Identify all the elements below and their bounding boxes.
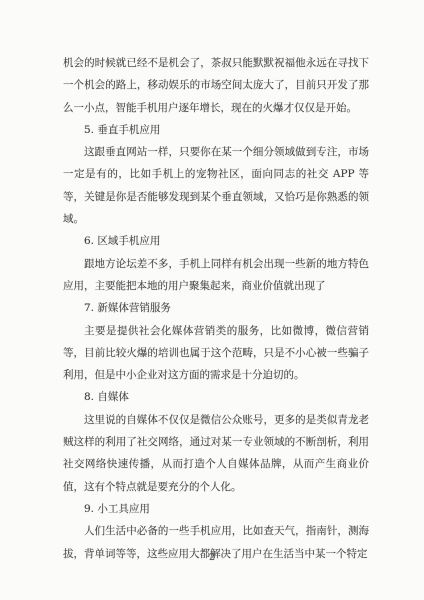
section-heading-8-self-media: 8. 自媒体 — [63, 386, 369, 408]
document-page: 机会的时候就已经不是机会了，茶叔只能默默祝福他永远在寻找下一个机会的路上，移动娱… — [0, 0, 424, 600]
paragraph-intro-continuation: 机会的时候就已经不是机会了，茶叔只能默默祝福他永远在寻找下一个机会的路上，移动娱… — [63, 52, 369, 119]
paragraph-new-media-marketing: 主要是提供社会化媒体营销类的服务，比如微博，微信营销等，目前比较火爆的培训也属于… — [63, 320, 369, 387]
section-heading-9-utility-apps: 9. 小工具应用 — [63, 498, 369, 520]
section-heading-7-new-media-marketing: 7. 新媒体营销服务 — [63, 297, 369, 319]
page-number: 2 — [0, 548, 424, 568]
document-text-block: 机会的时候就已经不是机会了，茶叔只能默默祝福他永远在寻找下一个机会的路上，移动娱… — [0, 0, 424, 565]
section-heading-5-vertical-apps: 5. 垂直手机应用 — [63, 119, 369, 141]
paragraph-vertical-apps: 这跟垂直网站一样，只要你在某一个细分领域做到专注，市场一定是有的，比如手机上的宠… — [63, 141, 369, 230]
paragraph-self-media: 这里说的自媒体不仅仅是微信公众账号，更多的是类似青龙老贼这样的利用了社交网络，通… — [63, 409, 369, 498]
section-heading-6-regional-apps: 6. 区域手机应用 — [63, 230, 369, 252]
paragraph-regional-apps: 跟地方论坛差不多，手机上同样有机会出现一些新的地方特色应用，主要能把本地的用户聚… — [63, 253, 369, 298]
